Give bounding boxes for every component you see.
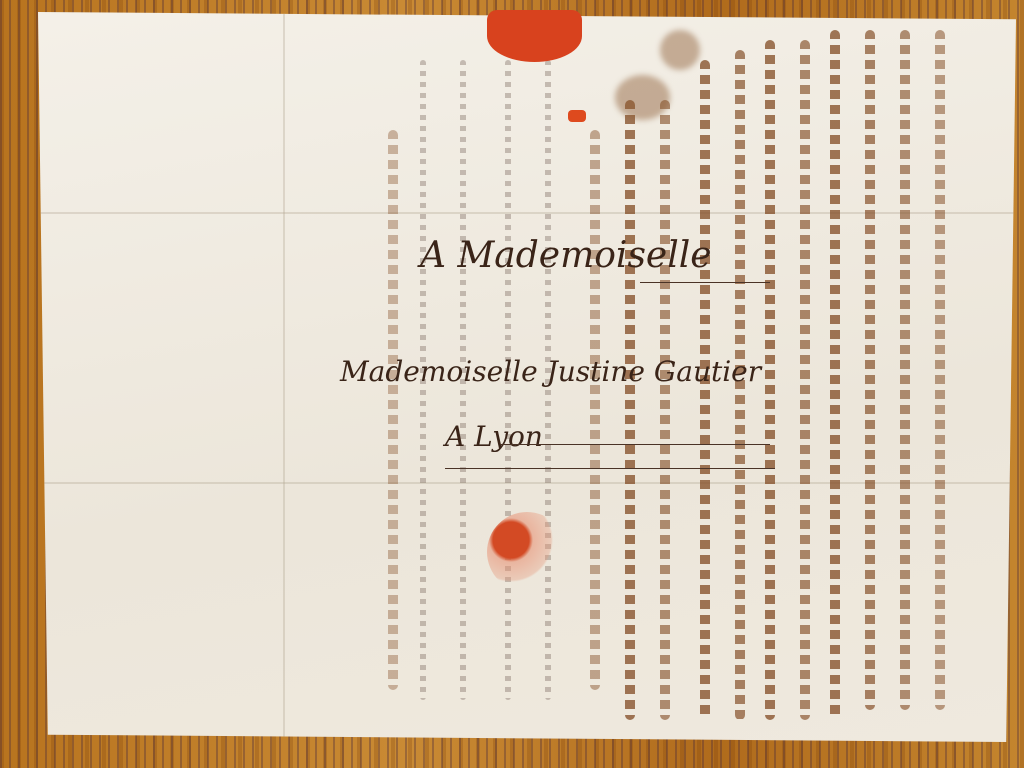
- stain: [660, 30, 700, 70]
- address-line-3: A Lyon: [445, 420, 543, 453]
- wax-fragment: [568, 110, 586, 122]
- underline: [640, 282, 770, 283]
- underline: [500, 444, 770, 445]
- address-line-1: A Mademoiselle: [420, 235, 712, 276]
- wax-seal-round: [487, 512, 567, 592]
- stain: [615, 75, 670, 120]
- wax-seal-top: [487, 10, 582, 62]
- fold-line: [283, 12, 285, 742]
- address-line-2: Mademoiselle Justine Gautier: [340, 355, 761, 388]
- underline: [445, 468, 775, 469]
